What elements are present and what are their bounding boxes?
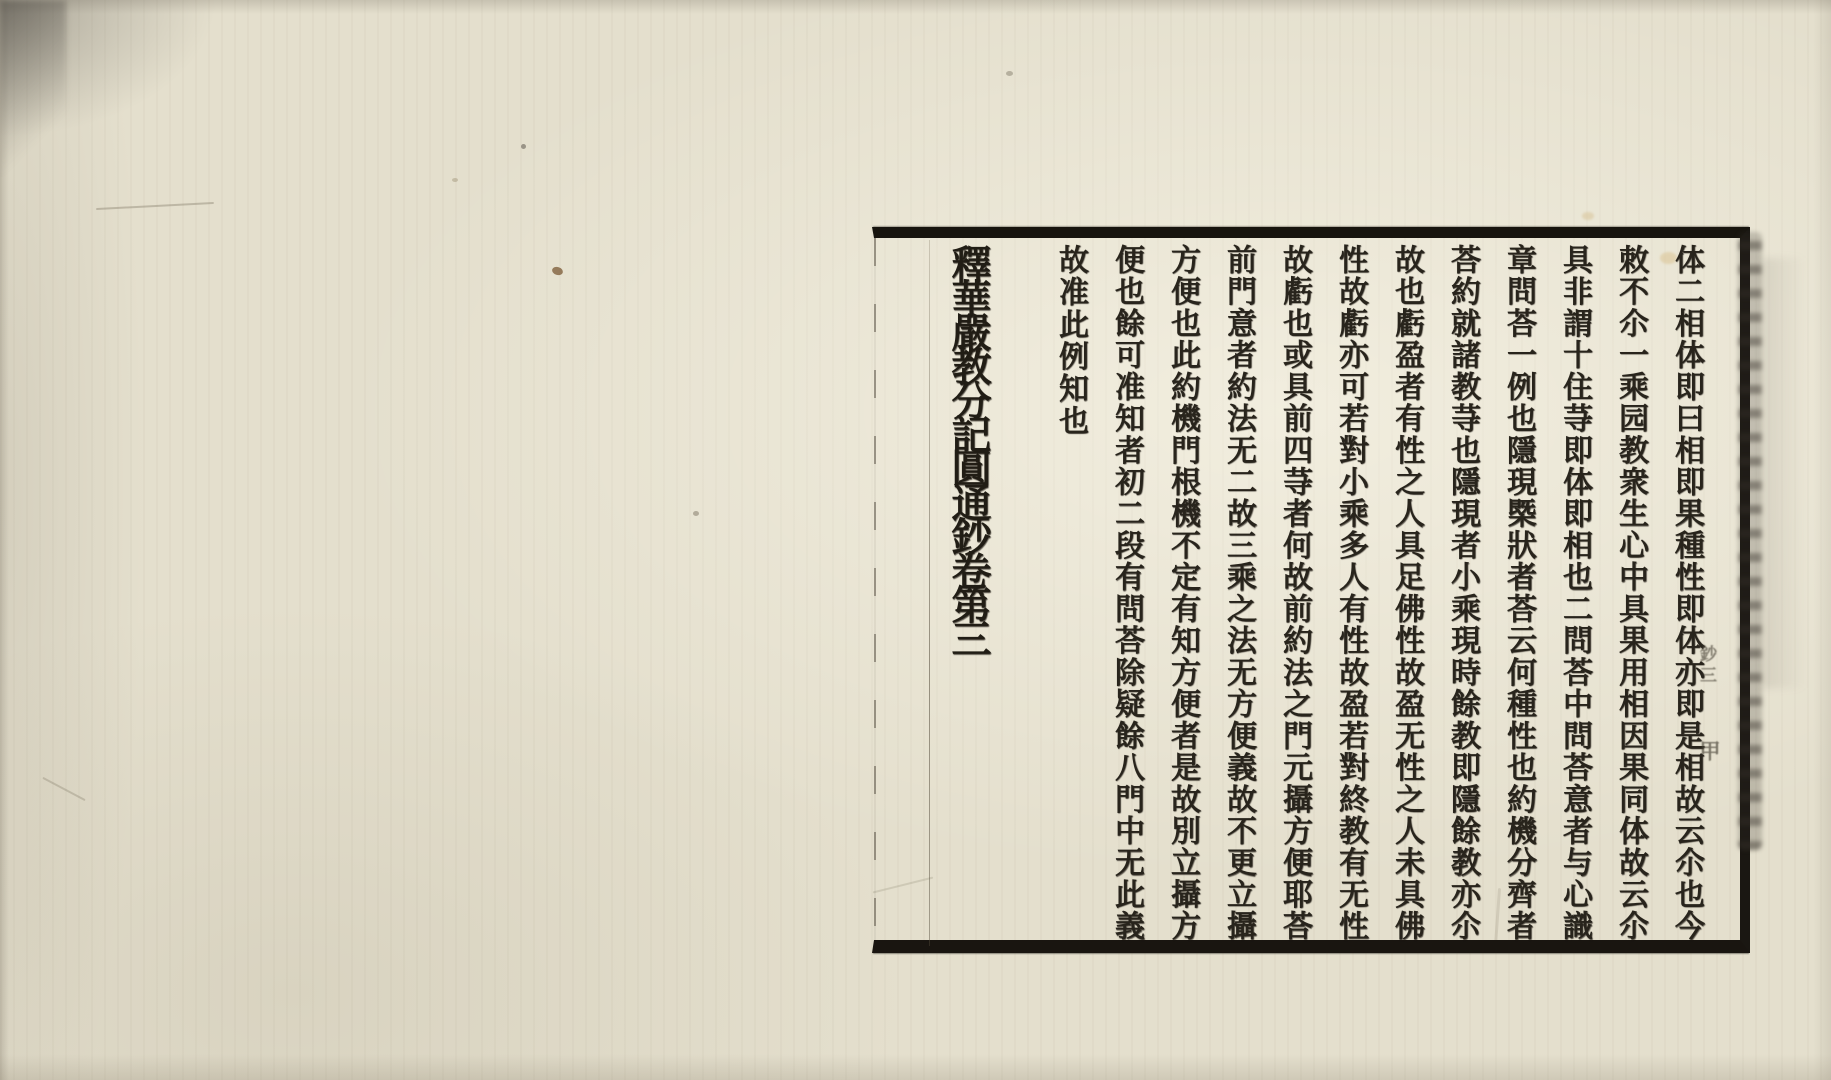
text-column: 具非謂十住䒭即体即相也二問荅中問荅意者与心識 [1546, 244, 1602, 932]
paper-corner-shadow [0, 0, 66, 190]
text-column: 故准此例知也 [1042, 244, 1098, 932]
text-column: 方便也此約機門根機不定有知方便者是故別立攝方 [1154, 244, 1210, 932]
text-block-frame: 体二相体即曰相即果種性即体亦即是相故云尒也今敇不尒一乘园教衆生心中具果用相因果同… [872, 227, 1750, 953]
text-block-columns: 体二相体即曰相即果種性即体亦即是相故云尒也今敇不尒一乘园教衆生心中具果用相因果同… [930, 244, 1714, 932]
text-column: 故也虧盈者有性之人具足佛性故盈无性之人未具佛 [1378, 244, 1434, 932]
manuscript-page: 体二相体即曰相即果種性即体亦即是相故云尒也今敇不尒一乘园教衆生心中具果用相因果同… [0, 0, 1831, 1080]
ink-speck [521, 144, 526, 149]
text-column: 前門意者約法无二故三乘之法无方便義故不更立攝 [1210, 244, 1266, 932]
end-title-column: 釋華嚴教分記圓通鈔卷第三 [932, 244, 1004, 932]
paper-fiber [96, 202, 214, 210]
text-column: 性故虧亦可若對小乘多人有性故盈若對終教有无性 [1322, 244, 1378, 932]
text-column: 体二相体即曰相即果種性即体亦即是相故云尒也今 [1658, 244, 1714, 932]
yellow-stain [1582, 212, 1594, 220]
text-column: 荅約就諸教䒭也隱現者小乘現時餘教即隱餘教亦尒 [1434, 244, 1490, 932]
border-ink-smudge [1738, 232, 1762, 850]
text-column: 便也餘可准知者初二段有問荅除疑餘八門中无此義 [1098, 244, 1154, 932]
ink-speck [452, 178, 458, 182]
collation-mark-jia: 甲 [1694, 740, 1724, 761]
paper-fiber [42, 777, 85, 801]
text-column: 章問荅一例也隱現㮣狀者荅云何種性也約機分齊者 [1490, 244, 1546, 932]
foxing-stain [551, 265, 564, 276]
text-column: 故虧也或具前四䒭者何故前約法之門元攝方便耶荅 [1266, 244, 1322, 932]
ink-speck [1006, 71, 1013, 76]
margin-ink-wash [1762, 258, 1806, 688]
collation-mark-fascicle: 鈔三 [1694, 645, 1719, 687]
title-column-rule [929, 240, 930, 946]
ink-speck [693, 511, 699, 516]
text-column: 敇不尒一乘园教衆生心中具果用相因果同体故云尒 [1602, 244, 1658, 932]
